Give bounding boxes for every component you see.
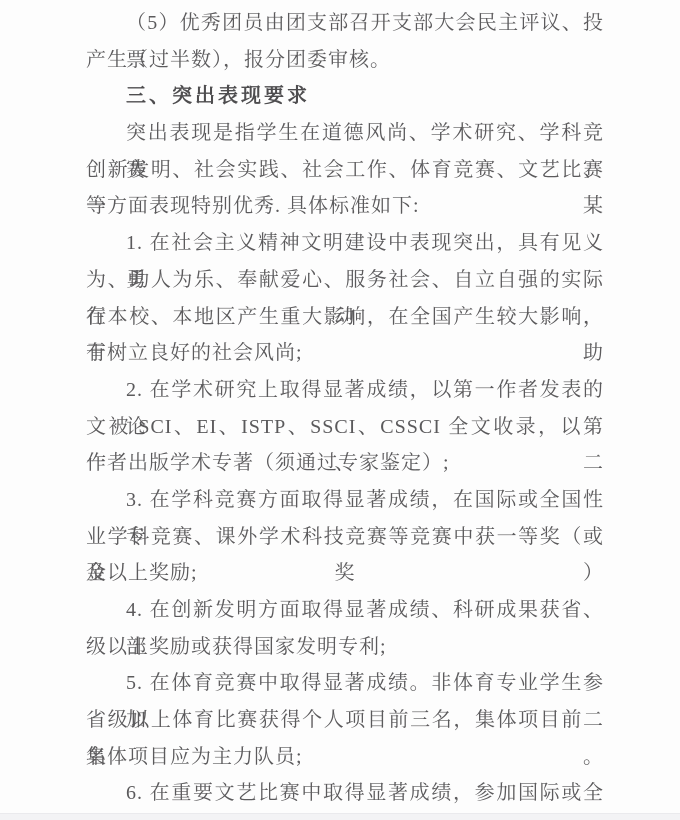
text-line: 突出表现是指学生在道德风尚、学术研究、学科竞赛、 — [86, 115, 604, 152]
text-line: 省级以上体育比赛获得个人项目前三名，集体项目前二名。 — [86, 702, 604, 739]
scanned-document-page: （5）优秀团员由团支部召开支部大会民主评议、投票 产生（过半数），报分团委审核。… — [0, 0, 680, 820]
document-text-block: （5）优秀团员由团支部召开支部大会民主评议、投票 产生（过半数），报分团委审核。… — [86, 5, 604, 812]
text-line: 6. 在重要文艺比赛中取得显著成绩，参加国际或全国 — [86, 775, 604, 812]
text-line: 文被 SCI、EI、ISTP、SSCI、CSSCI 全文收录，以第一、二 — [86, 409, 604, 446]
scan-bottom-edge — [0, 813, 680, 820]
text-line: （5）优秀团员由团支部召开支部大会民主评议、投票 — [86, 5, 604, 42]
text-line: 4. 在创新发明方面取得显著成绩、科研成果获省、部 — [86, 592, 604, 629]
text-line: 业学科竞赛、课外学术科技竞赛等竞赛中获一等奖（或金奖） — [86, 519, 604, 556]
text-line: 在本校、本地区产生重大影响，在全国产生较大影响，有助 — [86, 299, 604, 336]
text-line: 创新发明、社会实践、社会工作、体育竞赛、文艺比赛等某 — [86, 152, 604, 189]
text-line: 级以上奖励或获得国家发明专利; — [86, 629, 604, 666]
section-heading: 三、突出表现要求 — [86, 78, 604, 115]
text-line: 为、助人为乐、奉献爱心、服务社会、自立自强的实际行动， — [86, 262, 604, 299]
text-line: 1. 在社会主义精神文明建设中表现突出，具有见义勇 — [86, 225, 604, 262]
text-line: 产生（过半数），报分团委审核。 — [86, 42, 604, 79]
text-line: 5. 在体育竞赛中取得显著成绩。非体育专业学生参加 — [86, 665, 604, 702]
text-line: 3. 在学科竞赛方面取得显著成绩，在国际或全国性专 — [86, 482, 604, 519]
text-line: 2. 在学术研究上取得显著成绩，以第一作者发表的论 — [86, 372, 604, 409]
